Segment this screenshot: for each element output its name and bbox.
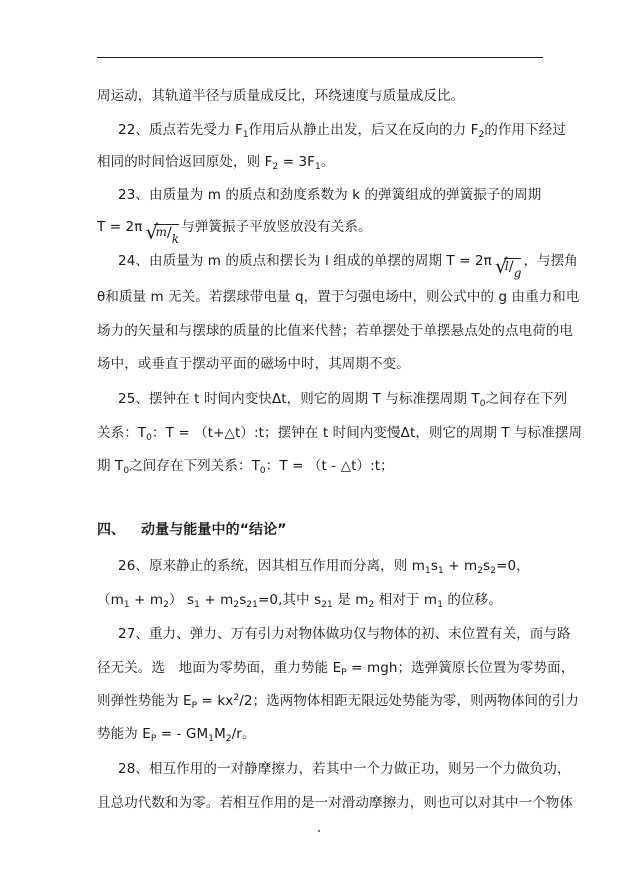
item-28-cont: 且总功代数和为零。若相互作用的是一对滑动摩擦力，则也可以对其中一个物体	[97, 794, 573, 812]
header-rule	[97, 57, 543, 58]
item-23-cont: T = 2π√m/k与弹簧振子平放竖放没有关系。	[97, 218, 372, 246]
item-23: 23、由质量为 m 的质点和劲度系数为 k 的弹簧组成的弹簧振子的周期	[118, 186, 541, 204]
item-24: 24、由质量为 m 的质点和摆长为 l 组成的单摆的周期 T = 2π√l/g，…	[118, 252, 578, 280]
section-title: 动量与能量中的“结论”	[141, 522, 287, 538]
text-line: 周运动，其轨道半径与质量成反比，环绕速度与质量成反比。	[97, 87, 464, 105]
item-25-cont1: 关系：T0：T = （t+△t）:t；摆钟在 t 时间内变慢Δt，则它的周期 T…	[97, 424, 582, 442]
sqrt-l-over-g: √l/g	[495, 258, 522, 280]
item-25: 25、摆钟在 t 时间内变快Δt，则它的周期 T 与标准摆周期 T0之间存在下列	[118, 390, 567, 408]
section-number: 四、	[97, 521, 141, 539]
sqrt-m-over-k: √m/k	[145, 224, 179, 246]
item-24-cont1: θ和质量 m 无关。若摆球带电量 q，置于匀强电场中，则公式中的 g 由重力和电	[97, 288, 580, 306]
item-22-cont: 相同的时间恰返回原处，则 F2 = 3F1。	[97, 153, 334, 171]
item-26: 26、原来静止的系统，因其相互作用而分离，则 m1s1 + m2s2=0，	[118, 557, 530, 575]
item-28: 28、相互作用的一对静摩擦力，若其中一个力做正功，则另一个力做负功，	[118, 760, 571, 778]
item-27-cont3: 势能为 EP = - GM1M2/r。	[97, 725, 256, 743]
item-27-cont1: 径无关。选 地面为零势面，重力势能 EP = mgh；选弹簧原长位置为零势面，	[97, 659, 574, 677]
item-25-cont2: 期 T0之间存在下列关系：T0：T = （t - △t）:t；	[97, 457, 394, 475]
item-24-cont2: 场力的矢量和与摆球的质量的比值来代替；若单摆处于单摆悬点处的点电荷的电	[97, 322, 573, 340]
item-22: 22、质点若先受力 F1作用后从静止出发，后又在反向的力 F2的作用下经过	[118, 121, 566, 139]
item-24-cont3: 场中，或垂直于摆动平面的磁场中时，其周期不变。	[97, 355, 410, 373]
page-footer-mark	[318, 830, 320, 832]
item-26-cont: （m1 + m2） s1 + m2s21=0,其中 s21 是 m2 相对于 m…	[97, 591, 502, 609]
section-heading: 四、动量与能量中的“结论”	[97, 521, 287, 539]
item-27-cont2: 则弹性势能为 EP = kx2/2；选两物体相距无限远处势能为零，则两物体间的引…	[97, 692, 579, 710]
item-27: 27、重力、弹力、万有引力对物体做功仅与物体的初、末位置有关，而与路	[118, 625, 571, 643]
